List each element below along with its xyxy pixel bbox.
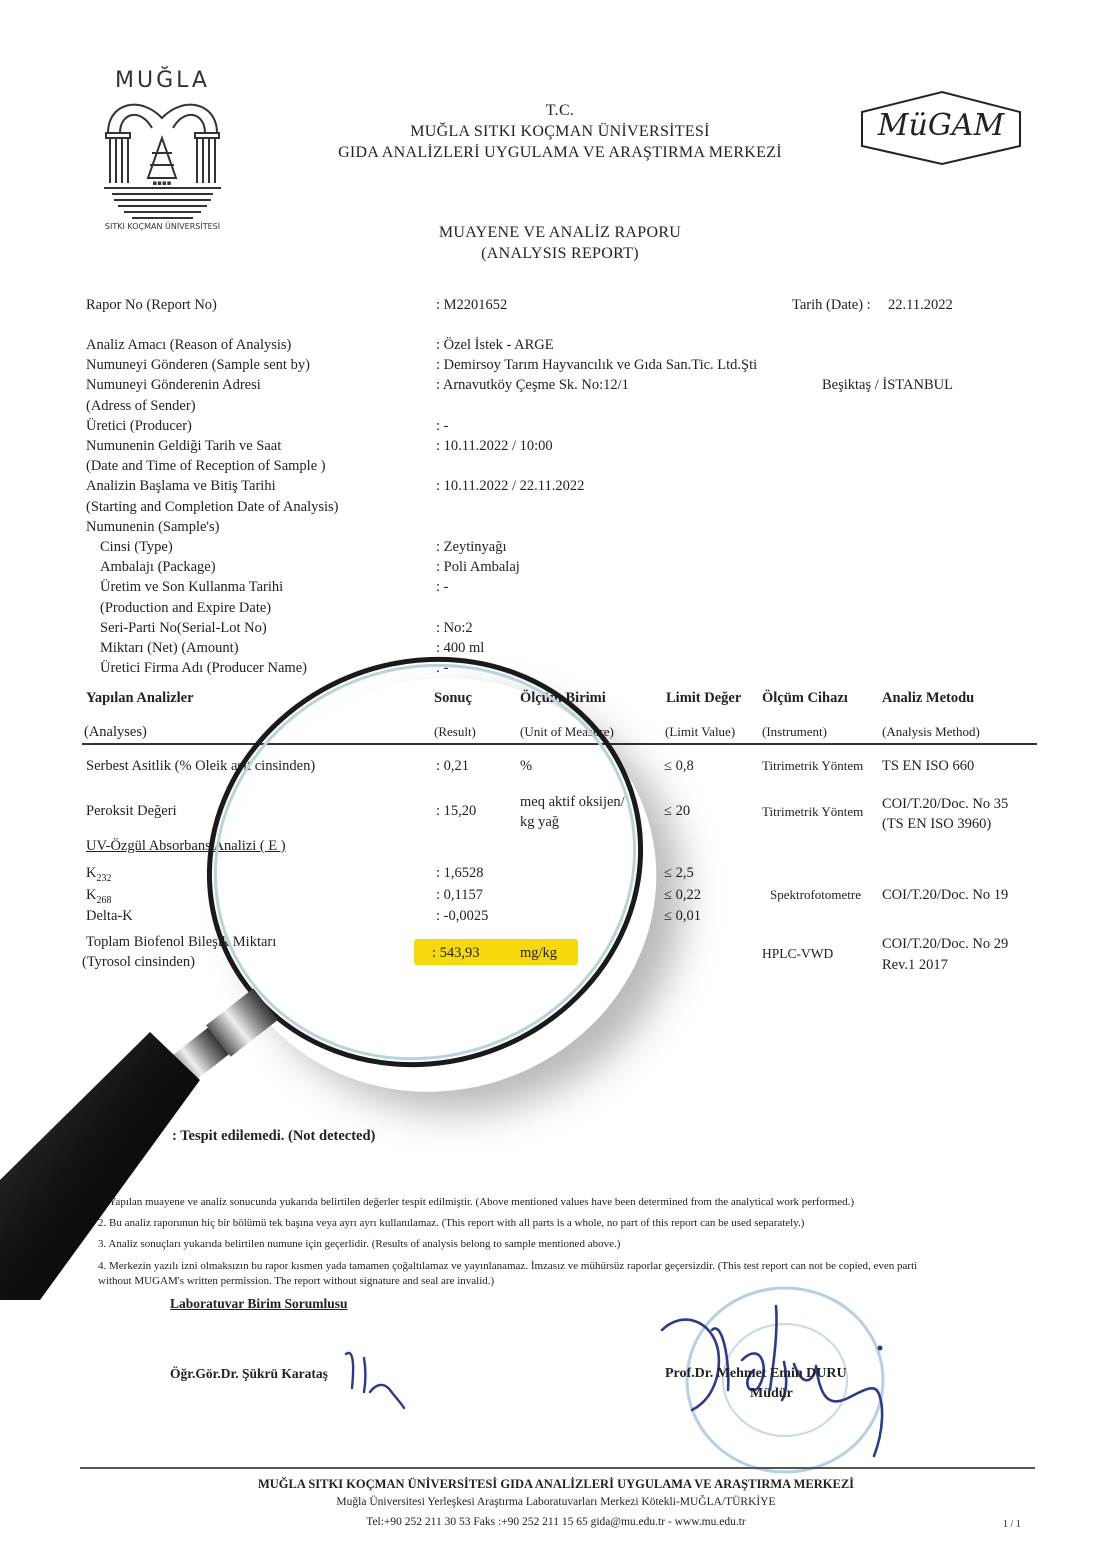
info-value: : Özel İstek - ARGE <box>436 335 554 355</box>
university-emblem-icon: ▪▪▪▪ <box>100 93 225 228</box>
footer-institution: MUĞLA SITKI KOÇMAN ÜNİVERSİTESİ GIDA ANA… <box>6 1477 1100 1492</box>
info-row: (Adress of Sender) <box>0 396 1100 416</box>
info-row: (Date and Time of Reception of Sample ) <box>0 456 1100 476</box>
header-line-center: GIDA ANALİZLERİ UYGULAMA VE ARAŞTIRMA ME… <box>260 142 860 163</box>
info-row: Cinsi (Type): Zeytinyağı <box>0 537 1100 557</box>
university-logo: MUĞLA ▪▪▪▪ SITKI KOÇMAN ÜNİVERSİTESİ <box>100 68 225 233</box>
report-subtitle: (ANALYSIS REPORT) <box>260 243 860 264</box>
method-value-line2: (TS EN ISO 3960) <box>882 814 991 834</box>
info-value: : - <box>436 416 448 436</box>
info-row: Üretici (Producer): - <box>0 416 1100 436</box>
footer-address: Muğla Üniversitesi Yerleşkesi Araştırma … <box>6 1496 1100 1508</box>
info-label: (Date and Time of Reception of Sample ) <box>86 456 326 476</box>
instrument-value: Titrimetrik Yöntem <box>762 756 863 776</box>
info-value: : - <box>436 577 448 597</box>
col-method-en: (Analysis Method) <box>882 722 980 742</box>
info-row: Numuneyi Gönderenin Adresi: Arnavutköy Ç… <box>0 375 1100 395</box>
info-label: (Adress of Sender) <box>86 396 196 416</box>
info-row: Numuneyi Gönderen (Sample sent by): Demi… <box>0 355 1100 375</box>
report-no-value: : M2201652 <box>436 295 507 315</box>
method-value: COI/T.20/Doc. No 35 <box>882 794 1008 814</box>
method-value: TS EN ISO 660 <box>882 756 974 776</box>
report-no-label: Rapor No (Report No) <box>86 295 217 315</box>
magnifying-glass-icon <box>0 640 680 1300</box>
info-row: Numunenin (Sample's) <box>0 517 1100 537</box>
info-label: (Starting and Completion Date of Analysi… <box>86 497 339 517</box>
date-label: Tarih (Date) : <box>792 295 871 315</box>
footer-contact: Tel:+90 252 211 30 53 Faks :+90 252 211 … <box>6 1516 1100 1528</box>
institution-header: T.C. MUĞLA SITKI KOÇMAN ÜNİVERSİTESİ GID… <box>260 100 860 163</box>
footer-divider <box>80 1467 1035 1469</box>
info-value: : No:2 <box>436 618 473 638</box>
logo-ring-text: SITKI KOÇMAN ÜNİVERSİTESİ <box>100 222 225 231</box>
header-line-tc: T.C. <box>260 100 860 121</box>
info-label: Analiz Amacı (Reason of Analysis) <box>86 335 291 355</box>
info-value: : Demirsoy Tarım Hayvancılık ve Gıda San… <box>436 355 757 375</box>
info-label: (Production and Expire Date) <box>100 598 271 618</box>
info-label: Numuneyi Gönderenin Adresi <box>86 375 261 395</box>
info-row: Numunenin Geldiği Tarih ve Saat: 10.11.2… <box>0 436 1100 456</box>
info-label: Numunenin (Sample's) <box>86 517 220 537</box>
info-row: Analiz Amacı (Reason of Analysis): Özel … <box>0 335 1100 355</box>
director-name: Prof.Dr. Mehmet Emin DURU <box>665 1366 847 1382</box>
info-value: : 10.11.2022 / 22.11.2022 <box>436 476 584 496</box>
info-value: : Poli Ambalaj <box>436 557 520 577</box>
info-value: : 10.11.2022 / 10:00 <box>436 436 553 456</box>
report-no-row: Rapor No (Report No) : M2201652 Tarih (D… <box>0 295 1100 315</box>
page-number: 1 / 1 <box>1003 1519 1021 1530</box>
info-value: : Arnavutköy Çeşme Sk. No:12/1 <box>436 375 629 395</box>
header-line-university: MUĞLA SITKI KOÇMAN ÜNİVERSİTESİ <box>260 121 860 142</box>
method-value-line2: Rev.1 2017 <box>882 955 948 975</box>
director-title: Müdür <box>750 1386 793 1402</box>
info-row: (Starting and Completion Date of Analysi… <box>0 497 1100 517</box>
mugam-logo: MüGAM <box>858 90 1024 166</box>
info-row: Analizin Başlama ve Bitiş Tarihi: 10.11.… <box>0 476 1100 496</box>
info-label: Üretici (Producer) <box>86 416 192 436</box>
info-row: Üretim ve Son Kullanma Tarihi: - <box>0 577 1100 597</box>
mugam-logo-text: MüGAM <box>858 108 1024 143</box>
logo-top-text: MUĞLA <box>100 68 225 93</box>
info-label: Analizin Başlama ve Bitiş Tarihi <box>86 476 276 496</box>
method-value: COI/T.20/Doc. No 29 <box>882 934 1008 954</box>
info-row: Seri-Parti No(Serial-Lot No): No:2 <box>0 618 1100 638</box>
col-instrument: Ölçüm Cihazı <box>762 690 848 707</box>
info-row: (Production and Expire Date) <box>0 598 1100 618</box>
info-label: Cinsi (Type) <box>100 537 173 557</box>
instrument-value: Spektrofotometre <box>770 885 861 905</box>
info-row: Ambalajı (Package): Poli Ambalaj <box>0 557 1100 577</box>
svg-text:▪▪▪▪: ▪▪▪▪ <box>153 179 172 187</box>
instrument-value: HPLC-VWD <box>762 944 833 964</box>
info-label: Ambalajı (Package) <box>100 557 216 577</box>
info-label: Seri-Parti No(Serial-Lot No) <box>100 618 267 638</box>
lab-responsible-name: Öğr.Gör.Dr. Şükrü Karataş <box>170 1366 328 1382</box>
info-extra: Beşiktaş / İSTANBUL <box>822 375 953 395</box>
col-instrument-en: (Instrument) <box>762 722 827 742</box>
info-label: Numunenin Geldiği Tarih ve Saat <box>86 436 281 456</box>
method-value: COI/T.20/Doc. No 19 <box>882 885 1008 905</box>
info-label: Numuneyi Gönderen (Sample sent by) <box>86 355 310 375</box>
info-value: : Zeytinyağı <box>436 537 506 557</box>
info-label: Üretim ve Son Kullanma Tarihi <box>100 577 283 597</box>
instrument-value: Titrimetrik Yöntem <box>762 802 863 822</box>
report-title-block: MUAYENE VE ANALİZ RAPORU (ANALYSIS REPOR… <box>260 222 860 264</box>
col-method: Analiz Metodu <box>882 690 974 707</box>
lab-signature-icon <box>340 1348 410 1410</box>
report-title: MUAYENE VE ANALİZ RAPORU <box>260 222 860 243</box>
date-value: 22.11.2022 <box>888 295 953 315</box>
